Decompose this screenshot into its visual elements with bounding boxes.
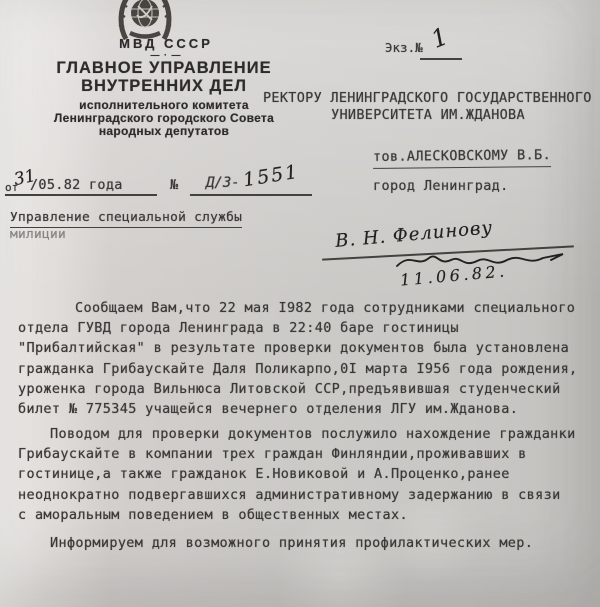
- ref-number-handwritten: 1551: [242, 161, 301, 192]
- ref-date-underline: [5, 194, 157, 196]
- addressee-line2: УНИВЕРСИТЕТА ИМ.ЖДАНОВА: [263, 107, 593, 123]
- org-sub-line1: исполнительного комитета: [25, 98, 303, 112]
- addressee-line1: РЕКТОРУ ЛЕНИНГРАДСКОГО ГОСУДАРСТВЕННОГО: [263, 90, 592, 106]
- body-line: Сообщаем Вам,что 22 мая I982 года сотруд…: [18, 298, 596, 318]
- body-line: с аморальным поведением в общественных м…: [18, 505, 596, 525]
- sender-unit-line1: Управление специальной службы: [10, 210, 242, 228]
- body-paragraph-1: Сообщаем Вам,что 22 мая I982 года сотруд…: [18, 298, 596, 419]
- body-line: билет № 775345 учащейся вечернего отделе…: [18, 399, 596, 419]
- ref-number-underline: [190, 194, 312, 196]
- body-line: неоднократно подвергавшихся администрати…: [18, 485, 596, 505]
- body-line: Поводом для проверки документов послужил…: [18, 424, 596, 444]
- sender-unit-line2: милиции: [10, 227, 66, 242]
- org-name-line1: ГЛАВНОЕ УПРАВЛЕНИЕ: [25, 59, 303, 78]
- page: { "letterhead": { "emblem_icon": "ussr-c…: [0, 0, 600, 607]
- body-paragraph-2: Поводом для проверки документов послужил…: [18, 424, 596, 525]
- copy-number-label: Экз.№: [385, 40, 423, 55]
- addressee-person: тов.АЛЕСКОВСКОМУ В.Б.: [373, 147, 551, 169]
- body-line: гражданка Грибаускайте Даля Поликарпо,0I…: [18, 359, 596, 379]
- org-name-line2: ВНУТРЕННИХ ДЕЛ: [25, 77, 303, 96]
- ref-date-typed: /05.82 года: [30, 177, 123, 193]
- body-line: Информируем для возможного принятия проф…: [18, 533, 596, 553]
- body-line: Грибаускайте в компании трех граждан Фин…: [18, 444, 596, 464]
- addressee-city: город Ленинград.: [373, 178, 509, 194]
- org-sub-line2: Ленинградского городского Совета: [25, 111, 303, 125]
- body-paragraph-3: Информируем для возможного принятия проф…: [18, 533, 596, 553]
- ref-number-label: №: [170, 177, 178, 193]
- org-sub-line3: народных депутатов: [25, 124, 303, 138]
- copy-number-underline: [420, 58, 462, 60]
- org-abbr: МВД СССР: [98, 36, 234, 51]
- body-line: гостинице,а также гражданок Е.Новиковой …: [18, 464, 596, 484]
- ussr-coat-of-arms-icon: [112, 0, 178, 41]
- copy-number-value: 1: [427, 22, 452, 54]
- ref-number-prefix: Д/3-: [206, 175, 240, 191]
- body-line: "Прибалтийская" в результате проверки до…: [18, 338, 596, 358]
- body-line: уроженка города Вильнюса Литовской ССР,п…: [18, 379, 596, 399]
- body-line: отдела ГУВД города Ленинграда в 22:40 ба…: [18, 318, 596, 338]
